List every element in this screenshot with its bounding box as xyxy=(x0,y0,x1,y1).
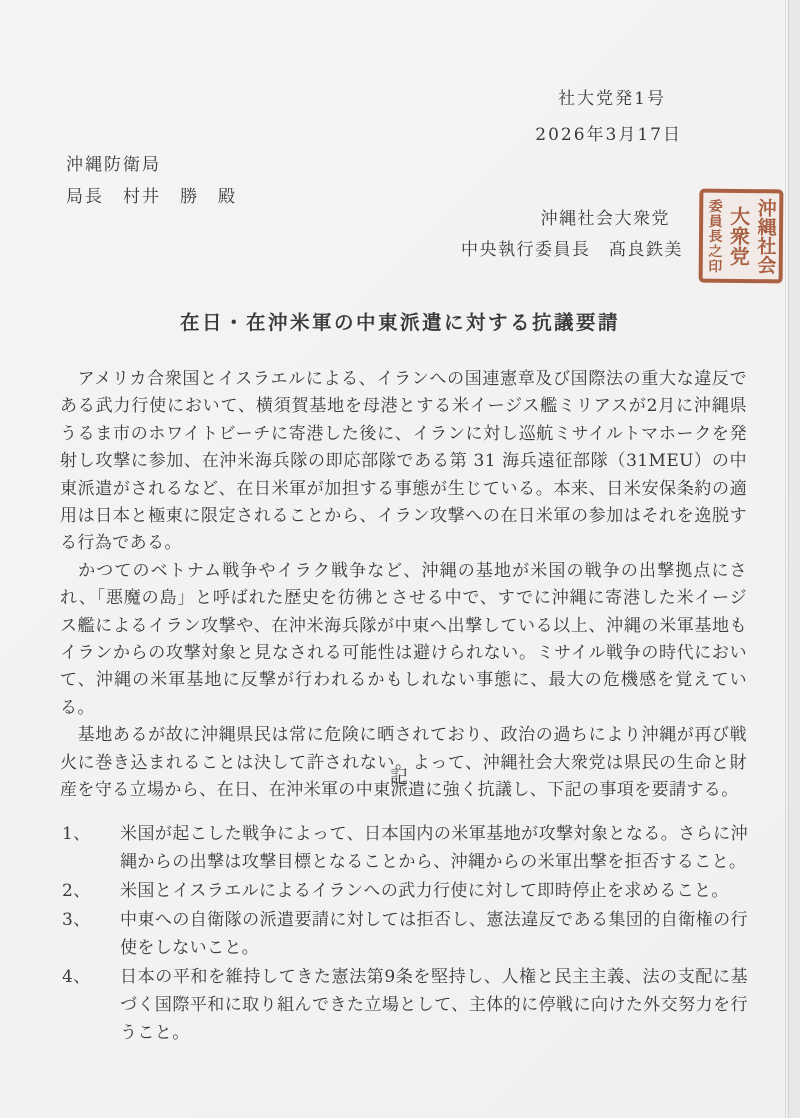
seal-column-right: 沖縄社会 xyxy=(755,195,775,277)
seal-column-left: 委員長之印 xyxy=(707,195,722,277)
scan-edge-line xyxy=(785,0,786,1118)
seal-column-middle: 大衆党 xyxy=(728,195,749,277)
scanned-protest-letter: 社大党発1号 2026年3月17日 沖縄防衛局 局長 村井 勝 殿 沖縄社会大衆… xyxy=(0,0,800,1118)
recipient-person: 局長 村井 勝 殿 xyxy=(66,181,237,213)
recipient-org: 沖縄防衛局 xyxy=(66,149,237,181)
letter-title: 在日・在沖米軍の中東派遣に対する抗議要請 xyxy=(0,307,800,335)
demand-item-number: 1、 xyxy=(62,820,120,876)
demand-item-text: 中東への自衛隊の派遣要請に対しては拒否し、憲法違反である集団的自衛権の行使をしな… xyxy=(120,906,748,962)
demand-item-2: 2、 米国とイスラエルによるイランへの武力行使に対して即時停止を求めること。 xyxy=(62,877,748,905)
demand-item-1: 1、 米国が起こした戦争によって、日本国内の米軍基地が攻撃対象となる。さらに沖縄… xyxy=(62,820,748,876)
demand-item-number: 2、 xyxy=(62,877,120,905)
demand-item-text: 米国が起こした戦争によって、日本国内の米軍基地が攻撃対象となる。さらに沖縄からの… xyxy=(120,820,748,876)
demand-item-text: 日本の平和を維持してきた憲法第9条を堅持し、人権と民主主義、法の支配に基づく国際… xyxy=(120,963,748,1047)
demand-item-4: 4、 日本の平和を維持してきた憲法第9条を堅持し、人権と民主主義、法の支配に基づ… xyxy=(62,963,748,1047)
body-paragraph-2: かつてのベトナム戦争やイラク戦争など、沖縄の基地が米国の戦争の出撃拠点にされ、「… xyxy=(60,558,747,722)
party-seal-stamp: 沖縄社会 大衆党 委員長之印 xyxy=(699,189,784,284)
recipient-block: 沖縄防衛局 局長 村井 勝 殿 xyxy=(66,149,237,213)
sender-block: 沖縄社会大衆党 中央執行委員長 髙良鉄美 xyxy=(461,204,683,266)
demand-item-3: 3、 中東への自衛隊の派遣要請に対しては拒否し、憲法違反である集団的自衛権の行使… xyxy=(62,906,748,962)
body-paragraph-1: アメリカ合衆国とイスラエルによる、イランへの国連憲章及び国際法の重大な違反である… xyxy=(60,366,747,558)
sender-org: 沖縄社会大衆党 xyxy=(461,204,670,235)
document-number: 社大党発1号 xyxy=(558,84,666,109)
scan-page-edge xyxy=(788,0,800,1118)
record-heading: 記 xyxy=(0,763,800,789)
sender-person: 中央執行委員長 髙良鉄美 xyxy=(461,235,683,266)
demand-item-number: 4、 xyxy=(62,963,120,1047)
document-date: 2026年3月17日 xyxy=(535,120,682,145)
letter-body: アメリカ合衆国とイスラエルによる、イランへの国連憲章及び国際法の重大な違反である… xyxy=(60,366,747,805)
demand-item-text: 米国とイスラエルによるイランへの武力行使に対して即時停止を求めること。 xyxy=(120,877,748,905)
demand-item-number: 3、 xyxy=(62,906,120,962)
demand-list: 1、 米国が起こした戦争によって、日本国内の米軍基地が攻撃対象となる。さらに沖縄… xyxy=(62,820,748,1048)
